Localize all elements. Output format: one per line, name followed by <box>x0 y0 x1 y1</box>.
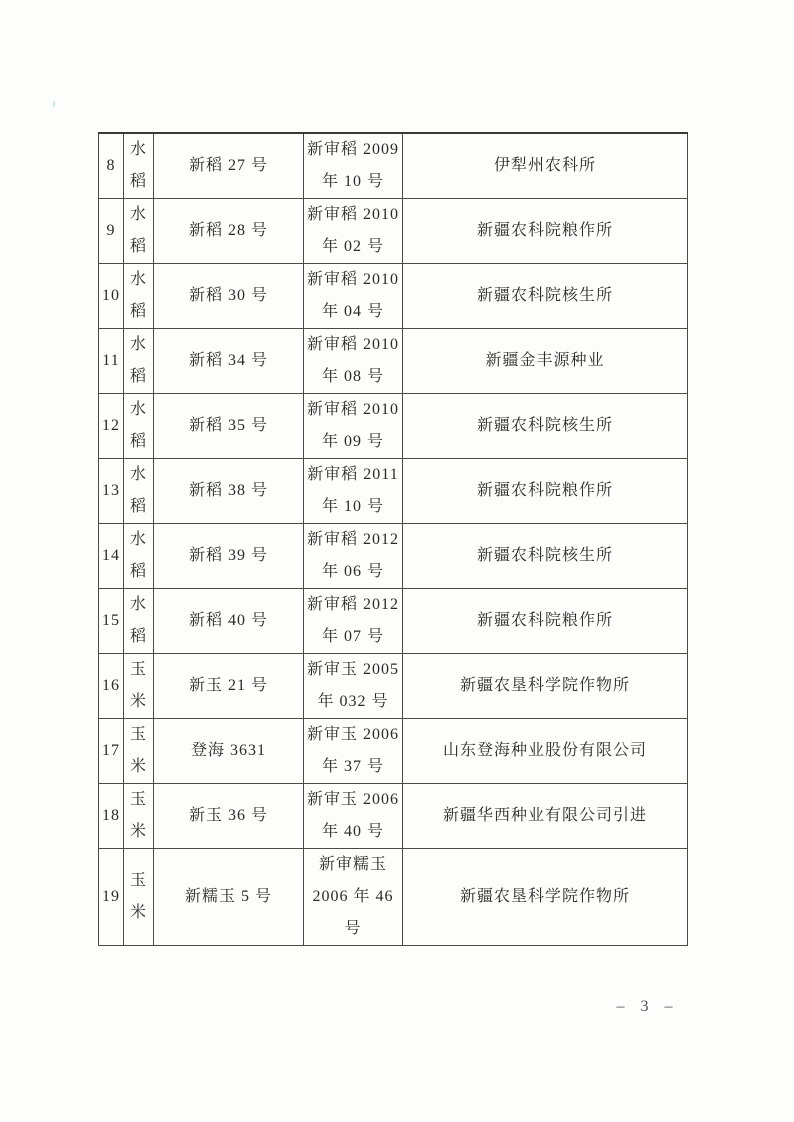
cell-row-number: 16 <box>99 654 124 719</box>
cell-institution: 新疆金丰源种业 <box>403 329 688 394</box>
cell-row-number: 11 <box>99 329 124 394</box>
table-row: 14 水 稻 新稻 39 号 新审稻 2012 年 06 号 新疆农科院核生所 <box>99 524 688 589</box>
cell-approval-number: 新审稻 2011 年 10 号 <box>304 459 403 524</box>
cell-crop-type: 水 稻 <box>124 264 154 329</box>
page-number: – 3 – <box>560 998 735 1016</box>
cell-row-number: 13 <box>99 459 124 524</box>
cell-approval-number: 新审稻 2010 年 02 号 <box>304 199 403 264</box>
cell-variety-name: 登海 3631 <box>154 719 304 784</box>
cell-variety-name: 新稻 40 号 <box>154 589 304 654</box>
cell-crop-type: 玉 米 <box>124 849 154 946</box>
cell-variety-name: 新稻 38 号 <box>154 459 304 524</box>
cell-row-number: 14 <box>99 524 124 589</box>
cell-approval-number: 新审玉 2005 年 032 号 <box>304 654 403 719</box>
cell-variety-name: 新稻 30 号 <box>154 264 304 329</box>
cell-crop-type: 水 稻 <box>124 459 154 524</box>
table-row: 13 水 稻 新稻 38 号 新审稻 2011 年 10 号 新疆农科院粮作所 <box>99 459 688 524</box>
table-row: 8 水 稻 新稻 27 号 新审稻 2009 年 10 号 伊犁州农科所 <box>99 133 688 199</box>
cell-row-number: 19 <box>99 849 124 946</box>
cell-variety-name: 新稻 34 号 <box>154 329 304 394</box>
cell-row-number: 12 <box>99 394 124 459</box>
scan-artifact <box>52 101 55 107</box>
cell-approval-number: 新审稻 2009 年 10 号 <box>304 133 403 199</box>
table-row: 18 玉 米 新玉 36 号 新审玉 2006 年 40 号 新疆华西种业有限公… <box>99 784 688 849</box>
table-row: 9 水 稻 新稻 28 号 新审稻 2010 年 02 号 新疆农科院粮作所 <box>99 199 688 264</box>
cell-crop-type: 玉 米 <box>124 719 154 784</box>
table-body: 8 水 稻 新稻 27 号 新审稻 2009 年 10 号 伊犁州农科所 9 水… <box>99 133 688 946</box>
cell-institution: 新疆农科院核生所 <box>403 394 688 459</box>
cell-variety-name: 新稻 39 号 <box>154 524 304 589</box>
cell-approval-number: 新审稻 2010 年 09 号 <box>304 394 403 459</box>
document-page: 8 水 稻 新稻 27 号 新审稻 2009 年 10 号 伊犁州农科所 9 水… <box>0 0 794 1122</box>
crop-variety-table: 8 水 稻 新稻 27 号 新审稻 2009 年 10 号 伊犁州农科所 9 水… <box>98 132 688 946</box>
cell-approval-number: 新审稻 2010 年 08 号 <box>304 329 403 394</box>
table-row: 12 水 稻 新稻 35 号 新审稻 2010 年 09 号 新疆农科院核生所 <box>99 394 688 459</box>
table-row: 16 玉 米 新玉 21 号 新审玉 2005 年 032 号 新疆农垦科学院作… <box>99 654 688 719</box>
cell-institution: 新疆农科院核生所 <box>403 264 688 329</box>
cell-crop-type: 玉 米 <box>124 784 154 849</box>
cell-institution: 山东登海种业股份有限公司 <box>403 719 688 784</box>
cell-approval-number: 新审稻 2010 年 04 号 <box>304 264 403 329</box>
cell-row-number: 17 <box>99 719 124 784</box>
cell-approval-number: 新审稻 2012 年 06 号 <box>304 524 403 589</box>
table-row: 17 玉 米 登海 3631 新审玉 2006 年 37 号 山东登海种业股份有… <box>99 719 688 784</box>
table-row: 19 玉 米 新糯玉 5 号 新审糯玉 2006 年 46 号 新疆农垦科学院作… <box>99 849 688 946</box>
cell-row-number: 15 <box>99 589 124 654</box>
cell-institution: 新疆农科院粮作所 <box>403 199 688 264</box>
cell-crop-type: 水 稻 <box>124 199 154 264</box>
cell-institution: 新疆农科院粮作所 <box>403 589 688 654</box>
cell-institution: 新疆华西种业有限公司引进 <box>403 784 688 849</box>
cell-row-number: 8 <box>99 133 124 199</box>
cell-crop-type: 水 稻 <box>124 329 154 394</box>
cell-variety-name: 新稻 28 号 <box>154 199 304 264</box>
table-row: 10 水 稻 新稻 30 号 新审稻 2010 年 04 号 新疆农科院核生所 <box>99 264 688 329</box>
cell-row-number: 9 <box>99 199 124 264</box>
cell-crop-type: 水 稻 <box>124 133 154 199</box>
cell-crop-type: 水 稻 <box>124 394 154 459</box>
cell-variety-name: 新玉 21 号 <box>154 654 304 719</box>
cell-institution: 新疆农垦科学院作物所 <box>403 654 688 719</box>
cell-variety-name: 新玉 36 号 <box>154 784 304 849</box>
cell-approval-number: 新审玉 2006 年 40 号 <box>304 784 403 849</box>
cell-approval-number: 新审稻 2012 年 07 号 <box>304 589 403 654</box>
cell-variety-name: 新稻 27 号 <box>154 133 304 199</box>
cell-crop-type: 玉 米 <box>124 654 154 719</box>
cell-crop-type: 水 稻 <box>124 589 154 654</box>
cell-variety-name: 新糯玉 5 号 <box>154 849 304 946</box>
cell-crop-type: 水 稻 <box>124 524 154 589</box>
cell-institution: 新疆农科院粮作所 <box>403 459 688 524</box>
cell-approval-number: 新审糯玉 2006 年 46 号 <box>304 849 403 946</box>
cell-institution: 新疆农科院核生所 <box>403 524 688 589</box>
table-row: 15 水 稻 新稻 40 号 新审稻 2012 年 07 号 新疆农科院粮作所 <box>99 589 688 654</box>
cell-row-number: 18 <box>99 784 124 849</box>
cell-row-number: 10 <box>99 264 124 329</box>
cell-approval-number: 新审玉 2006 年 37 号 <box>304 719 403 784</box>
cell-institution: 伊犁州农科所 <box>403 133 688 199</box>
cell-variety-name: 新稻 35 号 <box>154 394 304 459</box>
cell-institution: 新疆农垦科学院作物所 <box>403 849 688 946</box>
table-row: 11 水 稻 新稻 34 号 新审稻 2010 年 08 号 新疆金丰源种业 <box>99 329 688 394</box>
